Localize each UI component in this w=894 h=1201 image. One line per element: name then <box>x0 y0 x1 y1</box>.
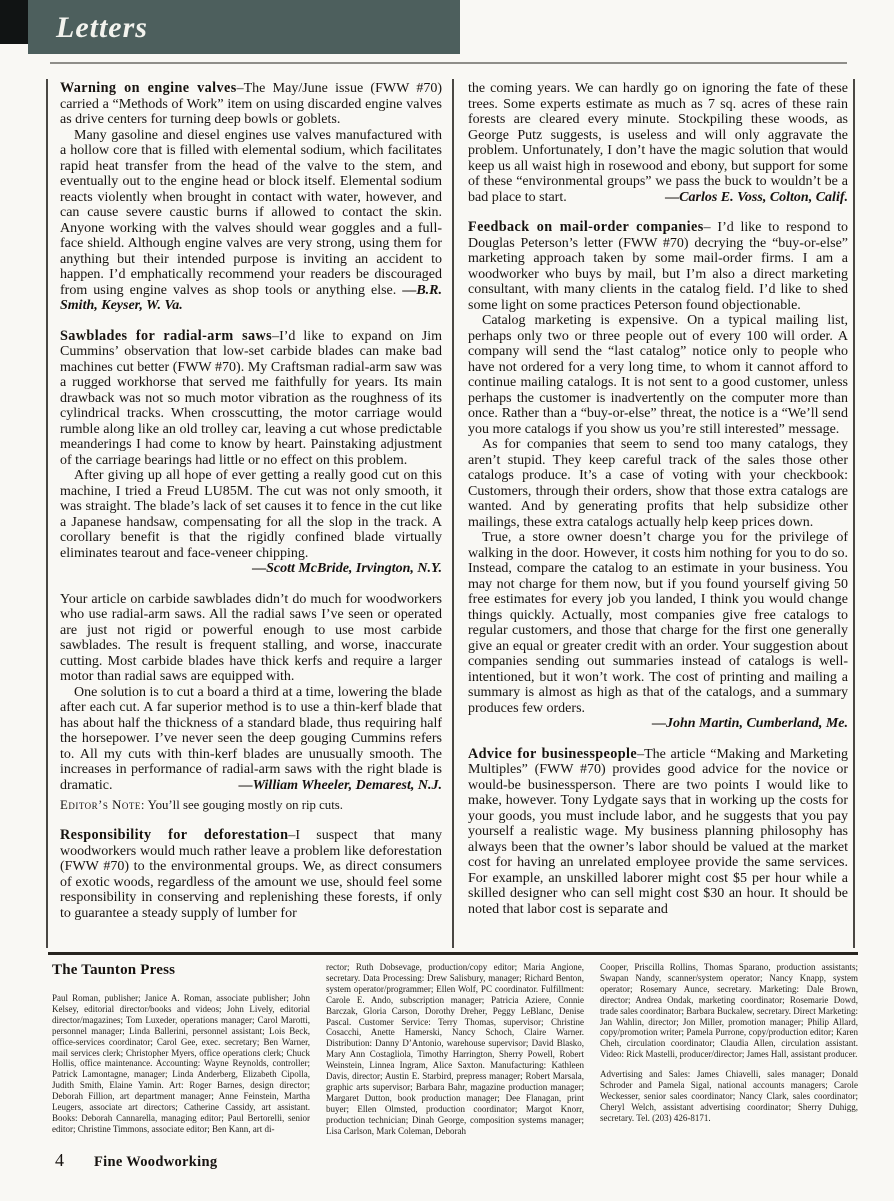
right-column-rule <box>853 79 855 948</box>
letter-signature: —William Wheeler, Demarest, N.J. <box>225 778 442 794</box>
page-edge-block <box>0 0 28 44</box>
letter-heading: Responsibility for deforestation <box>60 827 288 843</box>
letter-paragraph: True, a store owner doesn’t charge you f… <box>468 530 848 716</box>
masthead-column-1: The Taunton Press Paul Roman, publisher;… <box>52 962 310 1137</box>
letter-feedback-mail-order: Feedback on mail-order companies– I’d li… <box>468 220 848 732</box>
letter-text: Your article on carbide sawblades didn’t… <box>60 592 442 685</box>
letter-text: As for companies that seem to send too m… <box>468 437 848 530</box>
letter-paragraph: One solution is to cut a board a third a… <box>60 685 442 794</box>
letter-text: Many gasoline and diesel engines use val… <box>60 128 442 298</box>
letters-body: Warning on engine valves–The May/June is… <box>60 80 848 946</box>
letter-paragraph: Feedback on mail-order companies– I’d li… <box>468 220 848 313</box>
magazine-title: Fine Woodworking <box>94 1154 217 1171</box>
letter-responsibility-deforestation: Responsibility for deforestation–I suspe… <box>60 828 442 921</box>
letter-heading: Advice for businesspeople <box>468 746 637 762</box>
masthead-title: The Taunton Press <box>52 962 310 979</box>
editors-note: Editor’s Note: You’ll see gouging mostly… <box>60 798 442 813</box>
masthead-text: Paul Roman, publisher; Janice A. Roman, … <box>52 993 310 1135</box>
letter-signature-line: —Scott McBride, Irvington, N.Y. <box>60 561 442 577</box>
letter-text: True, a store owner doesn’t charge you f… <box>468 530 848 716</box>
letter-signature: —Scott McBride, Irvington, N.Y. <box>252 561 442 576</box>
letter-text: the coming years. We can hardly go on ig… <box>468 81 848 205</box>
page-footer: 4 Fine Woodworking <box>55 1150 217 1171</box>
letter-signature-line: —John Martin, Cumberland, Me. <box>468 716 848 732</box>
left-column-rule <box>46 79 48 948</box>
letter-signature: —Carlos E. Voss, Colton, Calif. <box>665 190 848 206</box>
page-number: 4 <box>55 1150 64 1171</box>
letter-sawblades-radial-arm: Sawblades for radial-arm saws–I’d like t… <box>60 329 442 577</box>
magazine-page: Letters Warning on engine valves–The May… <box>0 0 894 1201</box>
letter-text: After giving up all hope of ever getting… <box>60 468 442 561</box>
letter-deforestation-continued: the coming years. We can hardly go on ig… <box>468 81 848 205</box>
editors-note-label: Editor’s Note: <box>60 798 145 812</box>
left-column: Warning on engine valves–The May/June is… <box>60 80 442 946</box>
letter-paragraph: the coming years. We can hardly go on ig… <box>468 81 848 205</box>
masthead-text: Cooper, Priscilla Rollins, Thomas Sparan… <box>600 962 858 1060</box>
letter-paragraph: Advice for businesspeople–The article “M… <box>468 747 848 918</box>
letter-heading: Feedback on mail-order companies <box>468 219 704 235</box>
masthead-column-2: rector; Ruth Dobsevage, production/copy … <box>326 962 584 1137</box>
letter-paragraph: Sawblades for radial-arm saws–I’d like t… <box>60 329 442 469</box>
letter-paragraph: Catalog marketing is expensive. On a typ… <box>468 313 848 437</box>
letter-text: One solution is to cut a board a third a… <box>60 685 442 793</box>
masthead-column-3: Cooper, Priscilla Rollins, Thomas Sparan… <box>600 962 858 1137</box>
letter-paragraph: Many gasoline and diesel engines use val… <box>60 128 442 314</box>
letter-paragraph: After giving up all hope of ever getting… <box>60 468 442 561</box>
masthead-rule <box>48 952 858 955</box>
letter-carbide-sawblades: Your article on carbide sawblades didn’t… <box>60 592 442 814</box>
letter-signature: —John Martin, Cumberland, Me. <box>652 716 848 731</box>
section-title: Letters <box>56 11 148 45</box>
right-column: the coming years. We can hardly go on ig… <box>468 80 848 946</box>
letter-text: –I’d like to expand on Jim Cummins’ obse… <box>60 329 442 468</box>
letter-paragraph: Responsibility for deforestation–I suspe… <box>60 828 442 921</box>
letter-heading: Warning on engine valves <box>60 80 237 96</box>
letter-paragraph: As for companies that seem to send too m… <box>468 437 848 530</box>
letter-heading: Sawblades for radial-arm saws <box>60 328 272 344</box>
letter-paragraph: Warning on engine valves–The May/June is… <box>60 81 442 128</box>
letter-warning-engine-valves: Warning on engine valves–The May/June is… <box>60 81 442 314</box>
editors-note-text: You’ll see gouging mostly on rip cuts. <box>148 798 343 812</box>
masthead: The Taunton Press Paul Roman, publisher;… <box>52 962 858 1137</box>
letter-text: –The article “Making and Marketing Multi… <box>468 747 848 917</box>
masthead-text-advertising: Advertising and Sales: James Chiavelli, … <box>600 1069 858 1124</box>
letter-paragraph: Your article on carbide sawblades didn’t… <box>60 592 442 685</box>
header-rule <box>50 62 847 64</box>
masthead-text: rector; Ruth Dobsevage, production/copy … <box>326 962 584 1137</box>
letter-text: Catalog marketing is expensive. On a typ… <box>468 313 848 437</box>
letter-advice-businesspeople: Advice for businesspeople–The article “M… <box>468 747 848 918</box>
